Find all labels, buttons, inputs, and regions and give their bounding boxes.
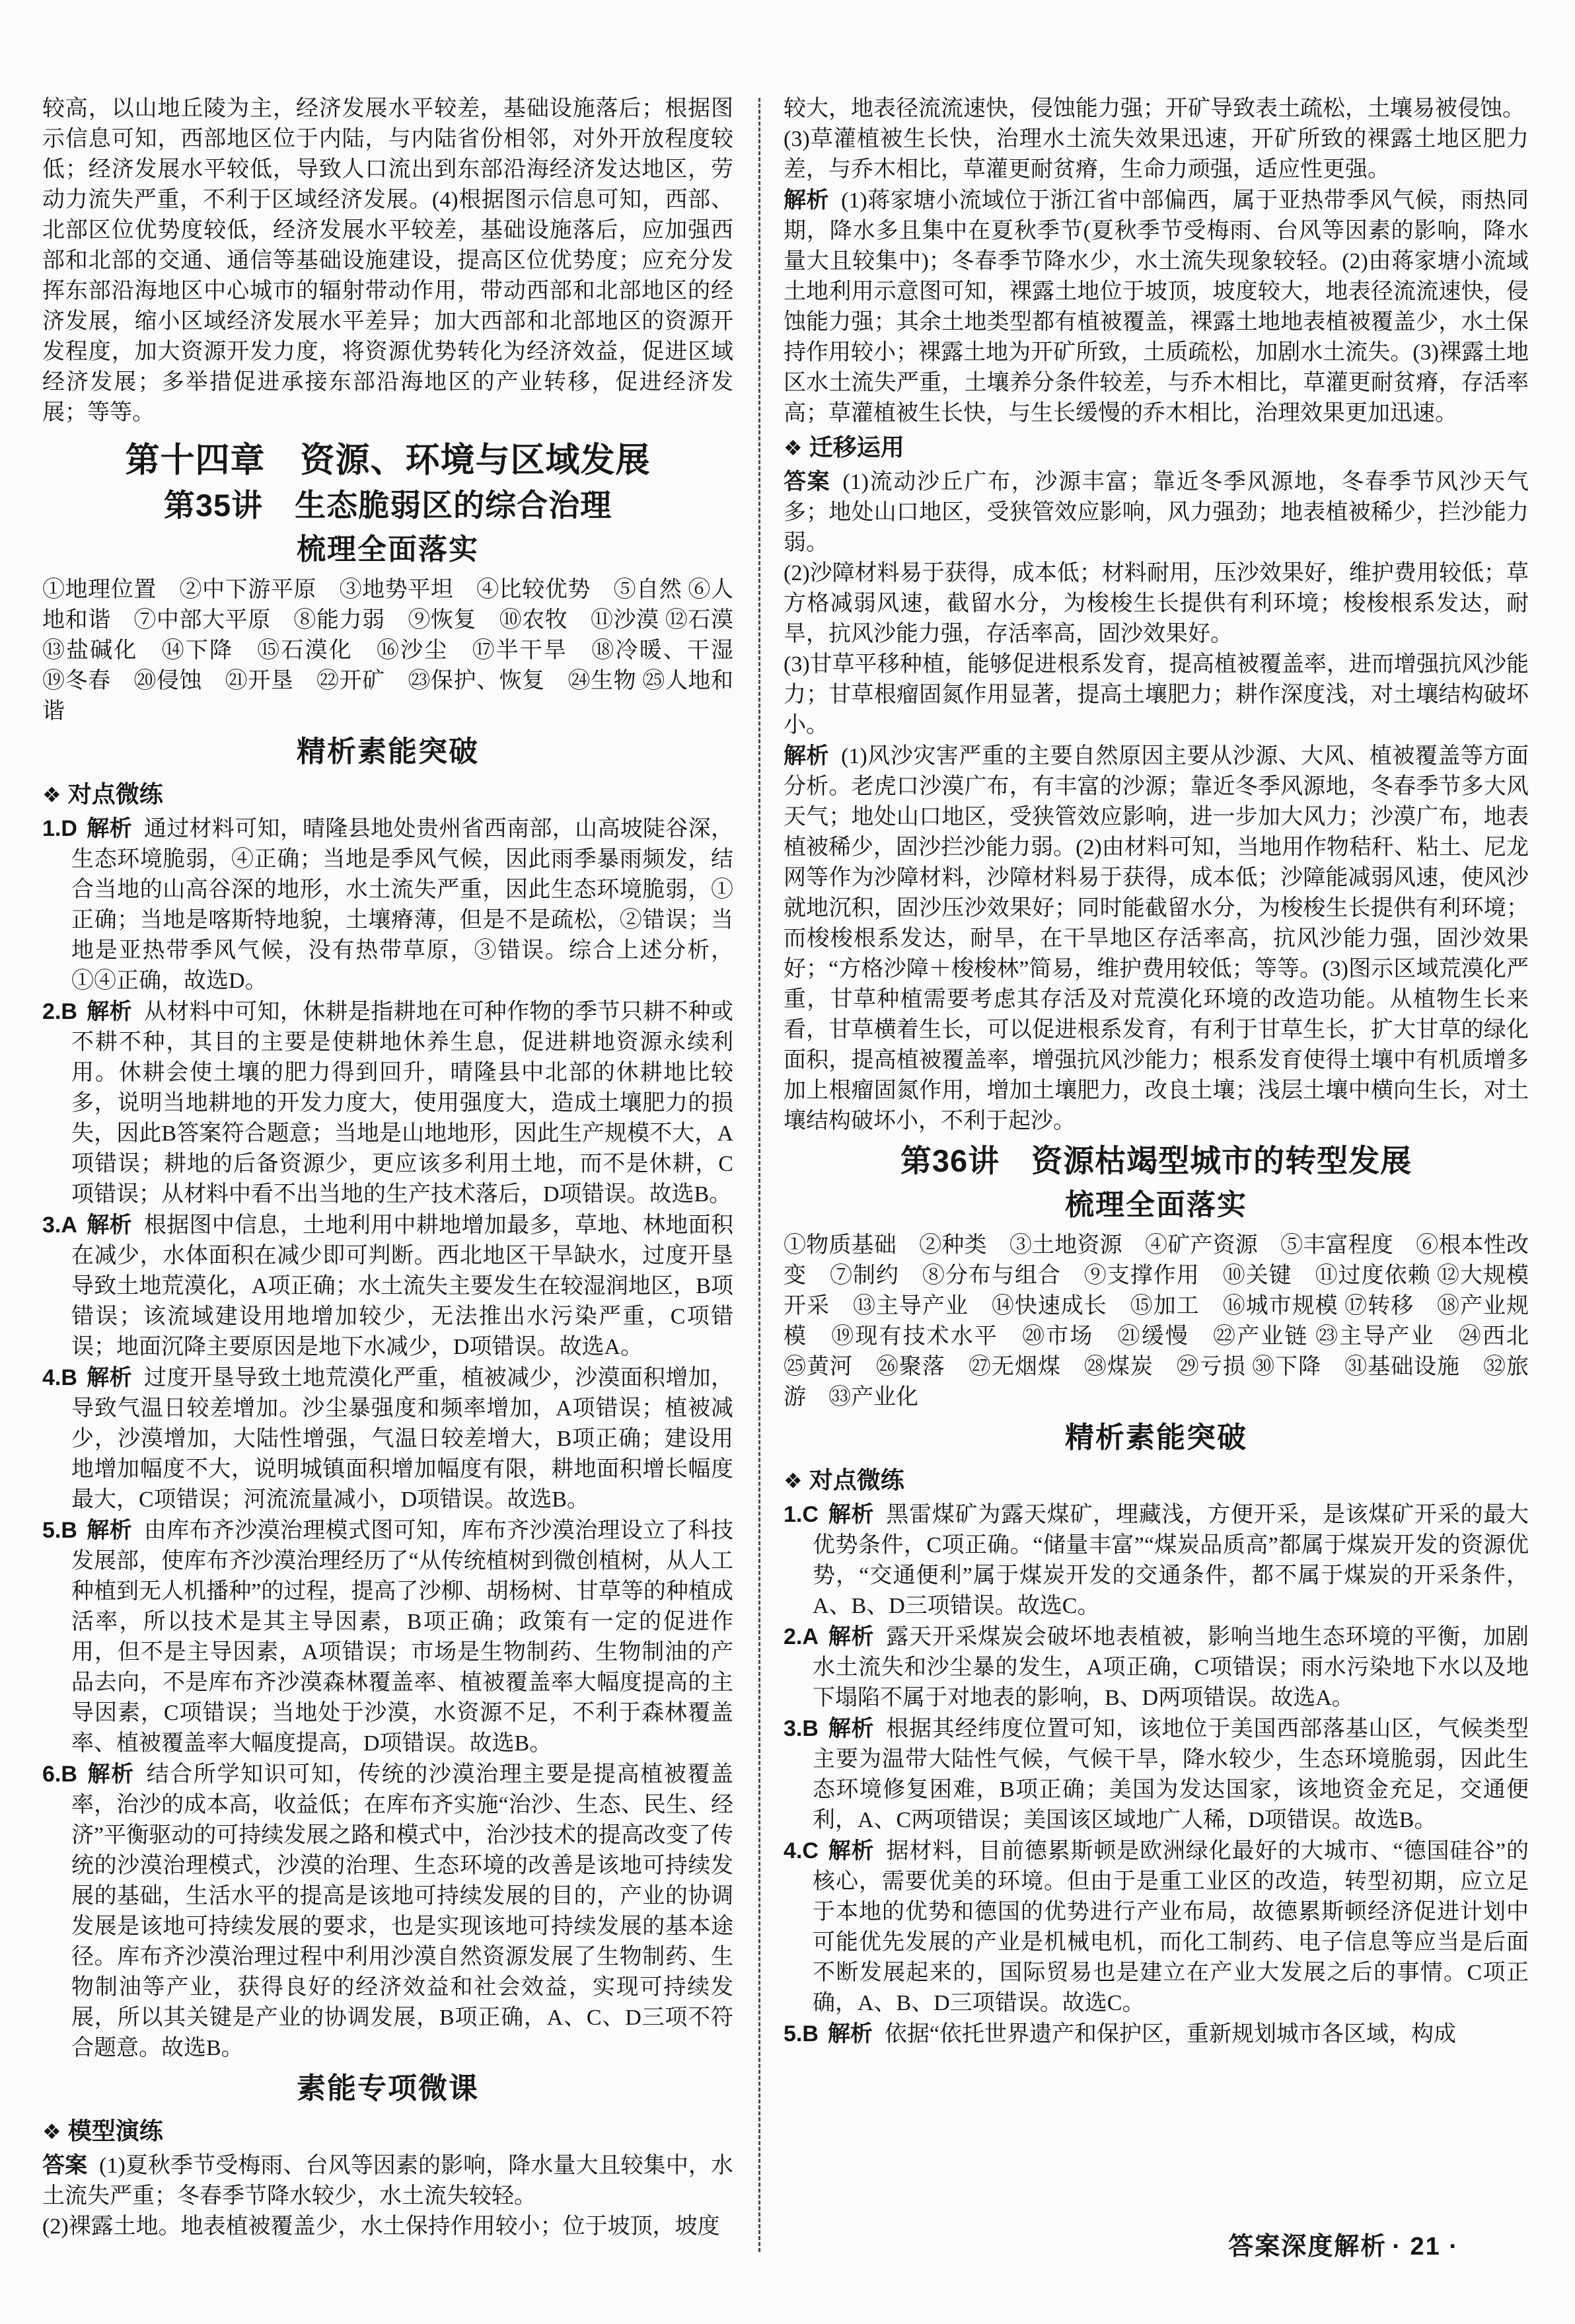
item-number-answer: 4.C	[784, 1838, 819, 1863]
item-number-answer: 5.B	[784, 2021, 819, 2046]
jiexi-label: 解析	[828, 1624, 874, 1649]
chapter-heading: 第十四章 资源、环境与区域发展	[42, 440, 733, 481]
jiexi-label: 解析	[87, 1365, 132, 1390]
right-column: 较大，地表径流流速快，侵蚀能力强；开矿导致表土疏松，土壤易被侵蚀。 (3)草灌植…	[784, 94, 1529, 2050]
model-answer-paragraph: (3)草灌植被生长快，治理水土流失效果迅速，开矿所致的裸露土地区肥力差，与乔木相…	[784, 124, 1529, 185]
subsection-qianyi: ❖迁移运用	[784, 430, 1529, 465]
subsection-moxing: ❖模型演练	[42, 2114, 733, 2149]
jiexi-label: 解析	[828, 1502, 874, 1527]
transfer-answer-paragraph: 答案(1)流动沙丘广布，沙源丰富；靠近冬季风源地，冬春季节风沙天气多；地处山口地…	[784, 467, 1529, 558]
item-analysis-text: 据材料，目前德累斯顿是欧洲绿化最好的大城市、“德国硅谷”的核心，需要优美的环境。…	[813, 1839, 1529, 2015]
jiexi-label: 解析	[828, 1838, 875, 1863]
subsection-duidian: ❖对点微练	[784, 1463, 1529, 1498]
footer-page-number: · 21 ·	[1392, 2233, 1459, 2261]
jiexi-label: 解析	[87, 1213, 132, 1238]
practice-item: 4.C解析据材料，目前德累斯顿是欧洲绿化最好的大城市、“德国硅谷”的核心，需要优…	[784, 1836, 1529, 2019]
transfer-answer-text: (1)流动沙丘广布，沙源丰富；靠近冬季风源地，冬春季节风沙天气多；地处山口地区，…	[784, 470, 1529, 555]
practice-item: 5.B解析由库布齐沙漠治理模式图可知，库布齐沙漠治理设立了科技发展部，使库布齐沙…	[42, 1515, 733, 1759]
practice-item: 3.A解析根据图中信息，土地利用中耕地增加最多，草地、林地面积在减少，水体面积在…	[42, 1210, 733, 1363]
diamond-icon: ❖	[784, 1469, 803, 1493]
jiexi-label: 解析	[828, 2021, 873, 2046]
item-number-answer: 2.A	[784, 1624, 819, 1649]
practice-item: 4.B解析过度开垦导致土地荒漠化严重，植被减少，沙漠面积增加，导致气温日较差增加…	[42, 1363, 733, 1515]
item-number-answer: 1.C	[784, 1502, 819, 1527]
item-analysis-text: 依据“依托世界遗产和保护区，重新规划城市各区域，构成	[885, 2022, 1456, 2046]
fill-blank-answers: ①地理位置 ②中下游平原 ③地势平坦 ④比较优势 ⑤自然 ⑥人地和谐 ⑦中部大平…	[42, 575, 733, 727]
item-analysis-text: 根据图中信息，土地利用中耕地增加最多，草地、林地面积在减少，水体面积在减少即可判…	[71, 1213, 733, 1359]
section-heading-suneng: 素能专项微课	[42, 2070, 733, 2107]
jiexi-label: 解析	[784, 743, 829, 768]
diamond-icon: ❖	[42, 783, 61, 807]
item-analysis-text: 黑雷煤矿为露天煤矿，埋藏浅，方便开采，是该煤矿开采的最大优势条件，C项正确。“储…	[813, 1503, 1529, 1618]
subsection-label: 对点微练	[809, 1466, 904, 1493]
page-footer: 答案深度解析· 21 ·	[1228, 2226, 1459, 2262]
subsection-label: 迁移运用	[809, 433, 904, 461]
item-number-answer: 2.B	[42, 999, 77, 1024]
model-analysis-text: (1)蒋家塘小流域位于浙江省中部偏西，属于亚热带季风气候，雨热同期，降水多且集中…	[784, 188, 1529, 426]
jiexi-label: 解析	[87, 999, 132, 1024]
continuation-paragraph: 较大，地表径流流速快，侵蚀能力强；开矿导致表土疏松，土壤易被侵蚀。	[784, 94, 1529, 124]
item-analysis-text: 从材料中可知，休耕是指耕地在可种作物的季节只耕不种或不耕不种，其目的主要是使耕地…	[71, 1000, 733, 1207]
diamond-icon: ❖	[42, 2120, 61, 2144]
practice-item: 2.A解析露天开采煤炭会破坏地表植被，影响当地生态环境的平衡，加剧水土流失和沙尘…	[784, 1622, 1529, 1713]
footer-label: 答案深度解析	[1228, 2233, 1387, 2261]
practice-item: 5.B解析依据“依托世界遗产和保护区，重新规划城市各区域，构成	[784, 2019, 1529, 2050]
item-analysis-text: 根据其经纬度位置可知，该地位于美国西部落基山区，气候类型主要为温带大陆性气候，气…	[813, 1717, 1529, 1832]
section-heading-shuli: 梳理全面落实	[784, 1187, 1529, 1224]
lecture-36-heading: 第36讲 资源枯竭型城市的转型发展	[784, 1142, 1529, 1180]
model-answer-paragraph: 答案(1)夏秋季节受梅雨、台风等因素的影响，降水量大且较集中，水土流失严重；冬春…	[42, 2150, 733, 2212]
jiexi-label: 解析	[87, 1762, 135, 1787]
item-number-answer: 3.A	[42, 1213, 77, 1238]
jiexi-label: 解析	[87, 816, 132, 841]
item-number-answer: 4.B	[42, 1365, 77, 1390]
fill-blank-answers: ①物质基础 ②种类 ③土地资源 ④矿产资源 ⑤丰富程度 ⑥根本性改变 ⑦制约 ⑧…	[784, 1230, 1529, 1413]
model-analysis-paragraph: 解析(1)蒋家塘小流域位于浙江省中部偏西，属于亚热带季风气候，雨热同期，降水多且…	[784, 185, 1529, 429]
item-analysis-text: 由库布齐沙漠治理模式图可知，库布齐沙漠治理设立了科技发展部，使库布齐沙漠治理经历…	[71, 1518, 733, 1756]
left-column: 较高，以山地丘陵为主，经济发展水平较差，基础设施落后；根据图示信息可知，西部地区…	[42, 94, 733, 2242]
practice-item: 1.D解析通过材料可知，晴隆县地处贵州省西南部，山高坡陡谷深，生态环境脆弱，④正…	[42, 813, 733, 996]
transfer-answer-paragraph: (3)甘草平移种植，能够促进根系发育，提高植被覆盖率，进而增强抗风沙能力；甘草根…	[784, 650, 1529, 741]
diamond-icon: ❖	[784, 436, 803, 460]
daan-label: 答案	[784, 469, 830, 494]
transfer-analysis-paragraph: 解析(1)风沙灾害严重的主要自然原因主要从沙源、大风、植被覆盖等方面分析。老虎口…	[784, 741, 1529, 1137]
transfer-analysis-text: (1)风沙灾害严重的主要自然原因主要从沙源、大风、植被覆盖等方面分析。老虎口沙漠…	[784, 744, 1529, 1133]
item-analysis-text: 结合所学知识可知，传统的沙漠治理主要是提高植被覆盖率，治沙的成本高，收益低；在库…	[71, 1762, 733, 2060]
continuation-paragraph: 较高，以山地丘陵为主，经济发展水平较差，基础设施落后；根据图示信息可知，西部地区…	[42, 94, 733, 428]
model-answer-text: (1)夏秋季节受梅雨、台风等因素的影响，降水量大且较集中，水土流失严重；冬春季节…	[42, 2154, 733, 2208]
jiexi-label: 解析	[87, 1518, 132, 1543]
practice-item: 2.B解析从材料中可知，休耕是指耕地在可种作物的季节只耕不种或不耕不种，其目的主…	[42, 996, 733, 1210]
subsection-label: 对点微练	[68, 780, 163, 807]
textbook-answer-page: 较高，以山地丘陵为主，经济发展水平较差，基础设施落后；根据图示信息可知，西部地区…	[0, 0, 1575, 2324]
column-divider	[758, 98, 760, 2252]
item-analysis-text: 通过材料可知，晴隆县地处贵州省西南部，山高坡陡谷深，生态环境脆弱，④正确；当地是…	[71, 817, 733, 993]
section-heading-jingxi: 精析素能突破	[42, 733, 733, 770]
subsection-duidian: ❖对点微练	[42, 777, 733, 812]
transfer-answer-paragraph: (2)沙障材料易于获得，成本低；材料耐用，压沙效果好，维护费用较低；草方格减弱风…	[784, 558, 1529, 650]
item-number-answer: 1.D	[42, 816, 77, 841]
lecture-35-heading: 第35讲 生态脆弱区的综合治理	[42, 486, 733, 525]
model-answer-paragraph: (2)裸露土地。地表植被覆盖少，水土保持作用较小；位于坡顶，坡度	[42, 2212, 733, 2242]
practice-item: 1.C解析黑雷煤矿为露天煤矿，埋藏浅，方便开采，是该煤矿开采的最大优势条件，C项…	[784, 1499, 1529, 1622]
section-heading-shuli: 梳理全面落实	[42, 531, 733, 568]
subsection-label: 模型演练	[68, 2117, 163, 2144]
daan-label: 答案	[42, 2153, 87, 2178]
item-number-answer: 6.B	[42, 1762, 77, 1787]
item-number-answer: 5.B	[42, 1518, 77, 1543]
item-number-answer: 3.B	[784, 1716, 819, 1741]
item-analysis-text: 露天开采煤炭会破坏地表植被，影响当地生态环境的平衡，加剧水土流失和沙尘暴的发生，…	[813, 1625, 1529, 1710]
practice-item: 3.B解析根据其经纬度位置可知，该地位于美国西部落基山区，气候类型主要为温带大陆…	[784, 1713, 1529, 1836]
jiexi-label: 解析	[828, 1716, 874, 1741]
section-heading-jingxi: 精析素能突破	[784, 1419, 1529, 1456]
item-analysis-text: 过度开垦导致土地荒漠化严重，植被减少，沙漠面积增加，导致气温日较差增加。沙尘暴强…	[71, 1366, 733, 1512]
jiexi-label: 解析	[784, 188, 829, 213]
practice-item: 6.B解析结合所学知识可知，传统的沙漠治理主要是提高植被覆盖率，治沙的成本高，收…	[42, 1759, 733, 2064]
